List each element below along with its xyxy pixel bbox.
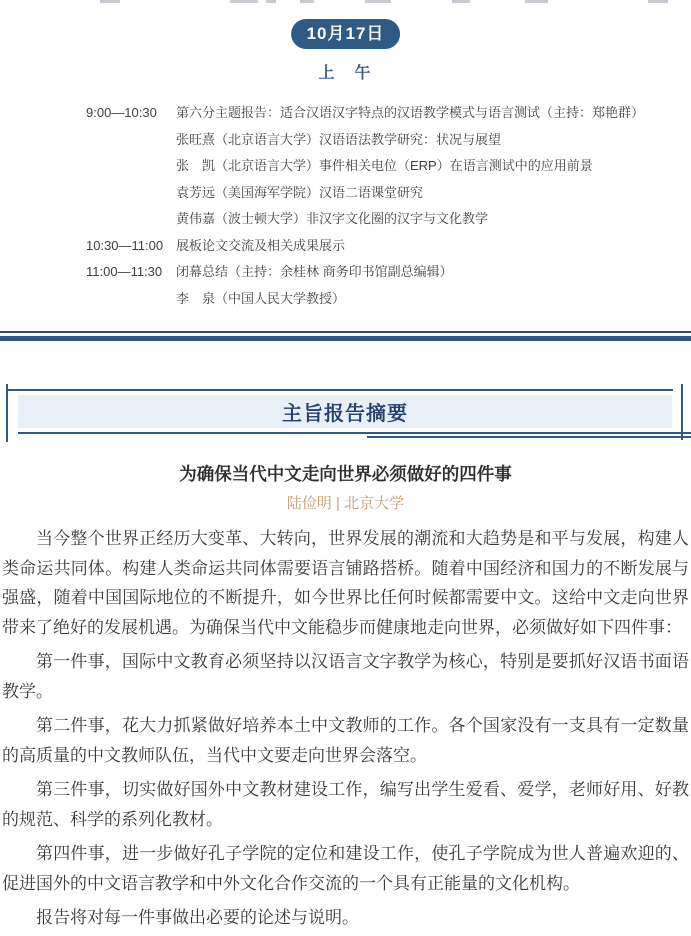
schedule-row: 张 凯（北京语言大学）事件相关电位（ERP）在语言测试中的应用前景 xyxy=(86,153,683,180)
section-header: 主旨报告摘要 xyxy=(18,395,672,428)
schedule-row: 10:30—11:00 展板论文交流及相关成果展示 xyxy=(86,233,683,260)
schedule-row: 11:00—11:30 闭幕总结（主持：余桂林 商务印书馆副总编辑） xyxy=(86,259,683,286)
session-label: 上 午 xyxy=(0,60,691,83)
schedule-row: 张旺熹（北京语言大学）汉语语法教学研究：状况与展望 xyxy=(86,127,683,154)
schedule-time: 10:30—11:00 xyxy=(86,233,176,260)
schedule-item: 展板论文交流及相关成果展示 xyxy=(176,233,683,260)
abstract-title: 为确保当代中文走向世界必须做好的四件事 xyxy=(0,461,691,486)
divider-rule-thick xyxy=(0,336,691,341)
schedule-table: 9:00—10:30 第六分主题报告：适合汉语汉字特点的汉语教学模式与语言测试（… xyxy=(86,100,683,312)
schedule-item: 袁芳远（美国海军学院）汉语二语课堂研究 xyxy=(176,180,683,207)
clipped-text-remnant xyxy=(100,0,120,3)
schedule-item: 第六分主题报告：适合汉语汉字特点的汉语教学模式与语言测试（主持：郑艳群） xyxy=(176,100,683,127)
abstract-paragraph: 报告将对每一件事做出必要的论述与说明。 xyxy=(2,903,689,933)
date-badge: 10月17日 xyxy=(291,19,401,49)
conference-program-page: 10月17日 上 午 9:00—10:30 第六分主题报告：适合汉语汉字特点的汉… xyxy=(0,0,691,936)
header-border-top xyxy=(6,389,673,391)
schedule-item: 张 凯（北京语言大学）事件相关电位（ERP）在语言测试中的应用前景 xyxy=(176,153,683,180)
clipped-text-remnant xyxy=(266,0,276,3)
schedule-time: 11:00—11:30 xyxy=(86,259,176,286)
schedule-row: 李 泉（中国人民大学教授） xyxy=(86,286,683,313)
abstract-body: 当今整个世界正经历大变革、大转向，世界发展的潮流和大趋势是和平与发展，构建人类命… xyxy=(2,524,689,936)
header-border-bottom xyxy=(18,432,691,434)
schedule-item: 黄伟嘉（波士顿大学）非汉字文化圈的汉字与文化教学 xyxy=(176,206,683,233)
clipped-text-remnant xyxy=(300,0,314,3)
clipped-text-remnant xyxy=(648,0,668,3)
clipped-text-remnant xyxy=(365,0,391,3)
schedule-row: 9:00—10:30 第六分主题报告：适合汉语汉字特点的汉语教学模式与语言测试（… xyxy=(86,100,683,127)
abstract-paragraph: 当今整个世界正经历大变革、大转向，世界发展的潮流和大趋势是和平与发展，构建人类命… xyxy=(2,524,689,642)
abstract-author: 陆俭明 | 北京大学 xyxy=(0,492,691,513)
header-border-left xyxy=(6,384,8,442)
clipped-text-remnant xyxy=(230,0,258,3)
schedule-time: 9:00—10:30 xyxy=(86,100,176,127)
schedule-item: 张旺熹（北京语言大学）汉语语法教学研究：状况与展望 xyxy=(176,127,683,154)
schedule-item: 闭幕总结（主持：余桂林 商务印书馆副总编辑） xyxy=(176,259,683,286)
abstract-paragraph: 第三件事，切实做好国外中文教材建设工作，编写出学生爱看、爱学，老师好用、好教的规… xyxy=(2,775,689,834)
abstract-paragraph: 第四件事，进一步做好孔子学院的定位和建设工作，使孔子学院成为世人普遍欢迎的、促进… xyxy=(2,839,689,898)
abstract-paragraph: 第二件事，花大力抓紧做好培养本土中文教师的工作。各个国家没有一支具有一定数量的高… xyxy=(2,711,689,770)
schedule-row: 袁芳远（美国海军学院）汉语二语课堂研究 xyxy=(86,180,683,207)
clipped-text-remnant xyxy=(525,0,548,3)
abstract-paragraph: 第一件事，国际中文教育必须坚持以汉语言文字教学为核心，特别是要抓好汉语书面语教学… xyxy=(2,647,689,706)
divider-rule-thin xyxy=(0,331,691,333)
schedule-item: 李 泉（中国人民大学教授） xyxy=(176,286,683,313)
clipped-text-remnant xyxy=(452,0,470,3)
schedule-row: 黄伟嘉（波士顿大学）非汉字文化圈的汉字与文化教学 xyxy=(86,206,683,233)
header-border-bottom-secondary xyxy=(367,436,691,438)
